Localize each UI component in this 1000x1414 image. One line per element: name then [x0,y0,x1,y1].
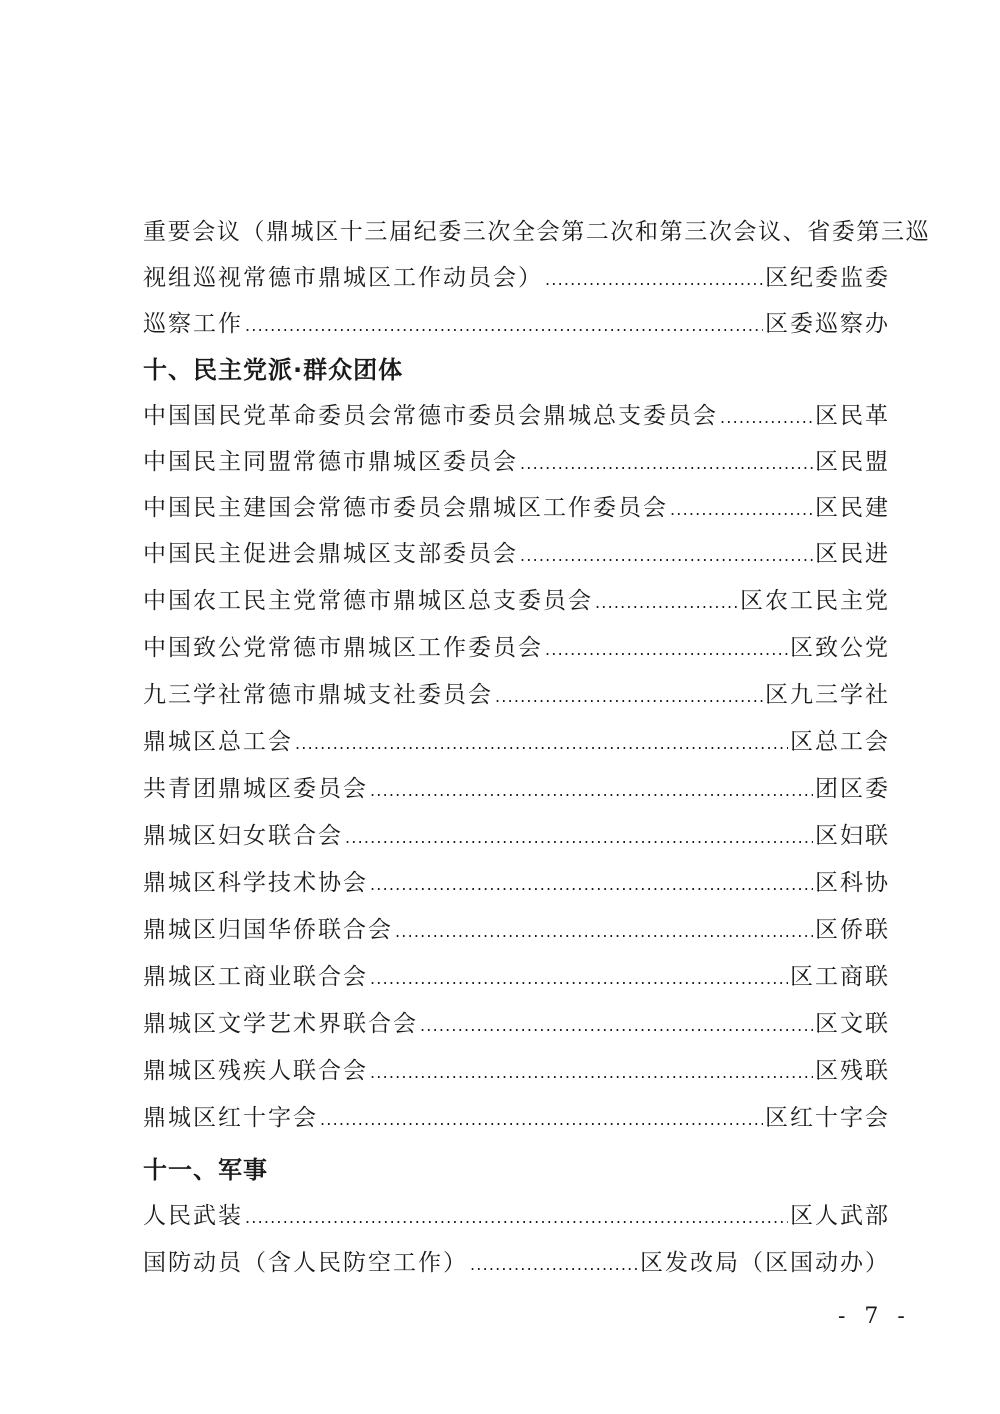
entry-name: 中国民主同盟常德市鼎城区委员会 [143,445,518,479]
entry-unit: 区九三学社 [765,678,890,712]
toc-entry: 中国民主促进会鼎城区支部委员会 区民进 [143,537,890,571]
toc-entry: 鼎城区工商业联合会 区工商联 [143,960,890,994]
entry-name: 鼎城区红十字会 [143,1101,318,1135]
dot-leader [370,962,788,996]
dot-leader [520,539,813,573]
entry-name: 国防动员（含人民防空工作） [143,1246,468,1280]
toc-entry: 鼎城区文学艺术界联合会 区文联 [143,1007,890,1041]
entry-unit: 区民盟 [815,445,890,479]
entry-name: 巡察工作 [143,307,243,341]
entry-unit: 区纪委监委 [765,261,890,295]
dot-leader [345,821,813,855]
entry-name: 鼎城区归国华侨联合会 [143,913,393,947]
dot-leader [720,401,813,435]
entry-unit: 区总工会 [790,725,890,759]
dot-leader [470,1248,638,1282]
continuation-line-1: 重要会议（鼎城区十三届纪委三次全会第二次和第三次会议、省委第三巡 [143,215,890,249]
entry-unit: 区侨联 [815,913,890,947]
entry-unit: 区文联 [815,1007,890,1041]
entry-unit: 团区委 [815,772,890,806]
entry-name: 共青团鼎城区委员会 [143,772,368,806]
entry-unit: 区民进 [815,537,890,571]
entry-unit: 区工商联 [790,960,890,994]
entry-name: 人民武装 [143,1199,243,1233]
section-heading: 十、民主党派·群众团体 [143,353,403,387]
toc-entry: 鼎城区总工会 区总工会 [143,725,890,759]
entry-name: 视组巡视常德市鼎城区工作动员会） [143,261,543,295]
toc-entry: 中国民主同盟常德市鼎城区委员会 区民盟 [143,445,890,479]
entry-unit: 区人武部 [790,1199,890,1233]
entry-name: 鼎城区残疾人联合会 [143,1054,368,1088]
toc-entry: 人民武装 区人武部 [143,1199,890,1233]
dot-leader [520,447,813,481]
toc-entry: 中国致公党常德市鼎城区工作委员会 区致公党 [143,631,890,665]
entry-name: 中国农工民主党常德市鼎城区总支委员会 [143,584,593,618]
toc-entry: 九三学社常德市鼎城支社委员会 区九三学社 [143,678,890,712]
entry-unit: 区致公党 [790,631,890,665]
toc-entry: 中国农工民主党常德市鼎城区总支委员会 区农工民主党 [143,584,890,618]
toc-entry: 中国民主建国会常德市委员会鼎城区工作委员会 区民建 [143,491,890,525]
entry-name: 中国致公党常德市鼎城区工作委员会 [143,631,543,665]
entry-unit: 区红十字会 [765,1101,890,1135]
toc-entry: 国防动员（含人民防空工作） 区发改局（区国动办） [143,1246,890,1280]
dot-leader [370,774,813,808]
entry-unit: 区科协 [815,866,890,900]
dot-leader [545,263,763,297]
entry-name: 鼎城区妇女联合会 [143,819,343,853]
entry-name: 中国民主促进会鼎城区支部委员会 [143,537,518,571]
dot-leader [370,1056,813,1090]
dot-leader [670,493,813,527]
dot-leader [595,586,738,620]
entry-unit: 区妇联 [815,819,890,853]
entry-unit: 区民建 [815,491,890,525]
entry-unit: 区民革 [815,399,890,433]
entry-unit: 区残联 [815,1054,890,1088]
toc-entry: 中国国民党革命委员会常德市委员会鼎城总支委员会 区民革 [143,399,890,433]
toc-entry: 鼎城区红十字会 区红十字会 [143,1101,890,1135]
dot-leader [320,1103,763,1137]
entry-name: 中国民主建国会常德市委员会鼎城区工作委员会 [143,491,668,525]
dot-leader [495,680,763,714]
entry-name: 鼎城区工商业联合会 [143,960,368,994]
entry-unit: 区委巡察办 [765,307,890,341]
entry-name: 鼎城区文学艺术界联合会 [143,1007,418,1041]
entry-unit: 区农工民主党 [740,584,890,618]
toc-entry: 鼎城区残疾人联合会 区残联 [143,1054,890,1088]
dot-leader [295,727,788,761]
dot-leader [245,1201,788,1235]
dot-leader [420,1009,813,1043]
toc-entry: 鼎城区科学技术协会 区科协 [143,866,890,900]
entry-name: 鼎城区总工会 [143,725,293,759]
dot-leader [545,633,788,667]
entry-name: 九三学社常德市鼎城支社委员会 [143,678,493,712]
toc-entry: 巡察工作 区委巡察办 [143,307,890,341]
toc-entry: 鼎城区归国华侨联合会 区侨联 [143,913,890,947]
dot-leader [245,309,763,343]
page-number: - 7 - [838,1304,911,1329]
entry-name: 鼎城区科学技术协会 [143,866,368,900]
toc-entry: 共青团鼎城区委员会 团区委 [143,772,890,806]
entry-name: 中国国民党革命委员会常德市委员会鼎城总支委员会 [143,399,718,433]
dot-leader [370,868,813,902]
dot-leader [395,915,813,949]
toc-entry: 视组巡视常德市鼎城区工作动员会） 区纪委监委 [143,261,890,295]
toc-entry: 鼎城区妇女联合会 区妇联 [143,819,890,853]
section-heading: 十一、军事 [143,1153,268,1187]
entry-unit: 区发改局（区国动办） [640,1246,890,1280]
